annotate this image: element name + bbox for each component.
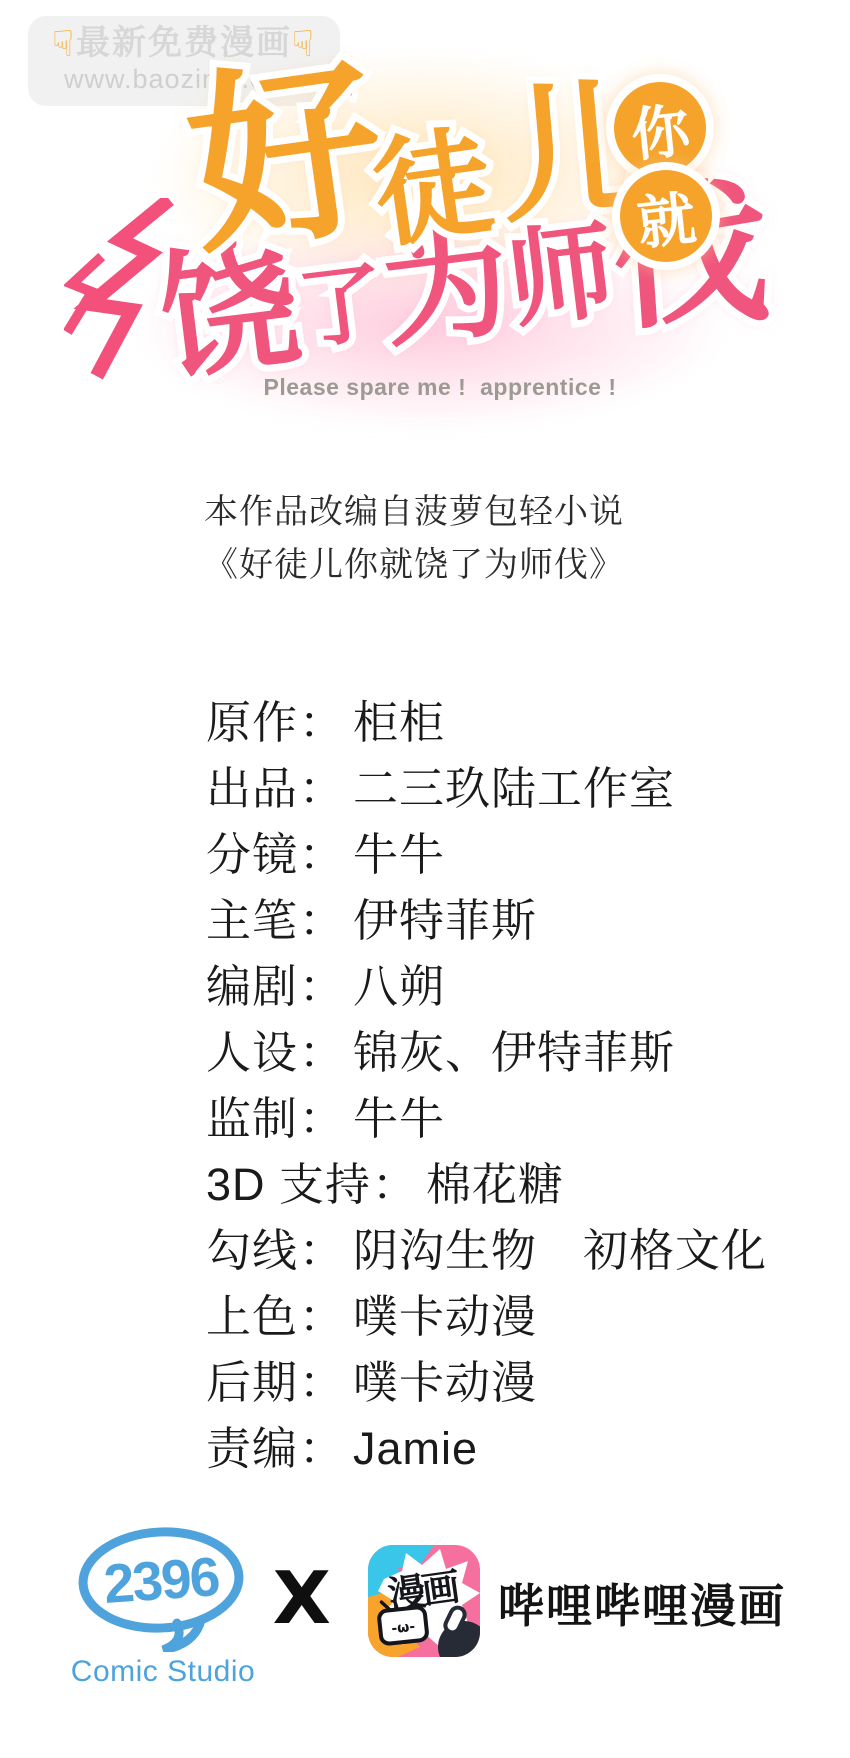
title-badge-jiu: 就 [620, 170, 712, 262]
credit-colon: ： [299, 1357, 345, 1408]
credit-value: 二三玖陆工作室 [353, 763, 675, 814]
spark-zigzag-icon [64, 198, 182, 386]
credit-row-lineart: 勾线：阴沟生物 初格文化 [206, 1218, 767, 1284]
bilibili-comics-app-icon: 漫画 -ω- [368, 1545, 480, 1657]
credit-row-producer: 出品：二三玖陆工作室 [206, 756, 767, 822]
credit-colon: ： [299, 1225, 345, 1276]
credit-row-storyboard: 分镜：牛牛 [206, 822, 767, 888]
adaptation-note: 本作品改编自菠萝包轻小说 《好徒儿你就饶了为师伐》 [0, 486, 850, 592]
credit-label: 编剧 [206, 961, 298, 1012]
credit-value: 柜柜 [353, 697, 445, 748]
speech-bubble-icon: 2396 [73, 1526, 253, 1652]
credit-row-coloring: 上色：噗卡动漫 [206, 1284, 767, 1350]
studio-number: 2396 [102, 1545, 221, 1615]
credit-colon: ： [299, 697, 345, 748]
tv-face: -ω- [391, 1619, 417, 1637]
credit-colon: ： [299, 961, 345, 1012]
credit-row-supervisor: 监制：牛牛 [206, 1086, 767, 1152]
credit-label: 上色 [206, 1291, 298, 1342]
credit-label: 监制 [206, 1093, 298, 1144]
credit-row-editor: 责编：Jamie [206, 1416, 767, 1482]
credit-label: 3D 支持 [206, 1159, 371, 1210]
credit-colon: ： [299, 1027, 345, 1078]
credit-value: 八朔 [353, 961, 445, 1012]
credit-value: Jamie [353, 1423, 478, 1474]
credit-value: 噗卡动漫 [353, 1291, 537, 1342]
title-char-tu: 徒 [366, 122, 499, 255]
credit-value: 棉花糖 [426, 1159, 564, 1210]
credit-row-original-author: 原作：柜柜 [206, 690, 767, 756]
title-badge-ni: 你 [614, 82, 706, 174]
credit-label: 分镜 [206, 829, 298, 880]
credit-value: 阴沟生物 初格文化 [353, 1225, 767, 1276]
credit-value: 噗卡动漫 [353, 1357, 537, 1408]
collab-x-separator: X [273, 1556, 331, 1640]
credit-colon: ： [299, 1291, 345, 1342]
credit-colon: ： [299, 1093, 345, 1144]
credit-colon: ： [299, 1423, 345, 1474]
credit-value: 牛牛 [353, 1093, 445, 1144]
credit-row-3d-support: 3D 支持：棉花糖 [206, 1152, 767, 1218]
credit-label: 主笔 [206, 895, 298, 946]
badge-char: 你 [627, 83, 693, 173]
studio-name: Comic Studio [68, 1655, 258, 1689]
credit-row-postproduction: 后期：噗卡动漫 [206, 1350, 767, 1416]
credit-label: 责编 [206, 1423, 298, 1474]
title-char-le: 了 [294, 259, 390, 355]
credit-colon: ： [299, 829, 345, 880]
title-english-subtitle: Please spare me ! apprentice ! [0, 374, 850, 401]
title-char-hao: 好 [178, 50, 395, 267]
credit-value: 伊特菲斯 [353, 895, 537, 946]
credits-list: 原作：柜柜 出品：二三玖陆工作室 分镜：牛牛 主笔：伊特菲斯 编剧：八朔 人设：… [206, 690, 767, 1482]
credit-colon: ： [372, 1159, 418, 1210]
credit-label: 出品 [206, 763, 298, 814]
credit-label: 原作 [206, 697, 298, 748]
comic-credits-page: ☟最新免费漫画☟ www.baozimh.com 好 徒 儿 你 就 饶了为师伐… [0, 0, 850, 1758]
credit-row-lead-artist: 主笔：伊特菲斯 [206, 888, 767, 954]
credit-colon: ： [299, 763, 345, 814]
credit-value: 牛牛 [353, 829, 445, 880]
partner-name-bilibili-comics: 哔哩哔哩漫画 [498, 1570, 786, 1636]
adaptation-line2: 《好徒儿你就饶了为师伐》 [0, 539, 828, 592]
title-logo: 好 徒 儿 你 就 饶了为师伐 Please spare me ! appren… [0, 0, 850, 430]
credit-value: 锦灰、伊特菲斯 [353, 1027, 675, 1078]
credit-row-screenwriter: 编剧：八朔 [206, 954, 767, 1020]
studio-logo-2396: 2396 Comic Studio [68, 1526, 258, 1689]
credit-row-character-design: 人设：锦灰、伊特菲斯 [206, 1020, 767, 1086]
badge-char: 就 [633, 171, 699, 261]
credit-label: 后期 [206, 1357, 298, 1408]
credit-label: 人设 [206, 1027, 298, 1078]
credit-label: 勾线 [206, 1225, 298, 1276]
adaptation-line1: 本作品改编自菠萝包轻小说 [0, 486, 828, 539]
credit-colon: ： [299, 895, 345, 946]
